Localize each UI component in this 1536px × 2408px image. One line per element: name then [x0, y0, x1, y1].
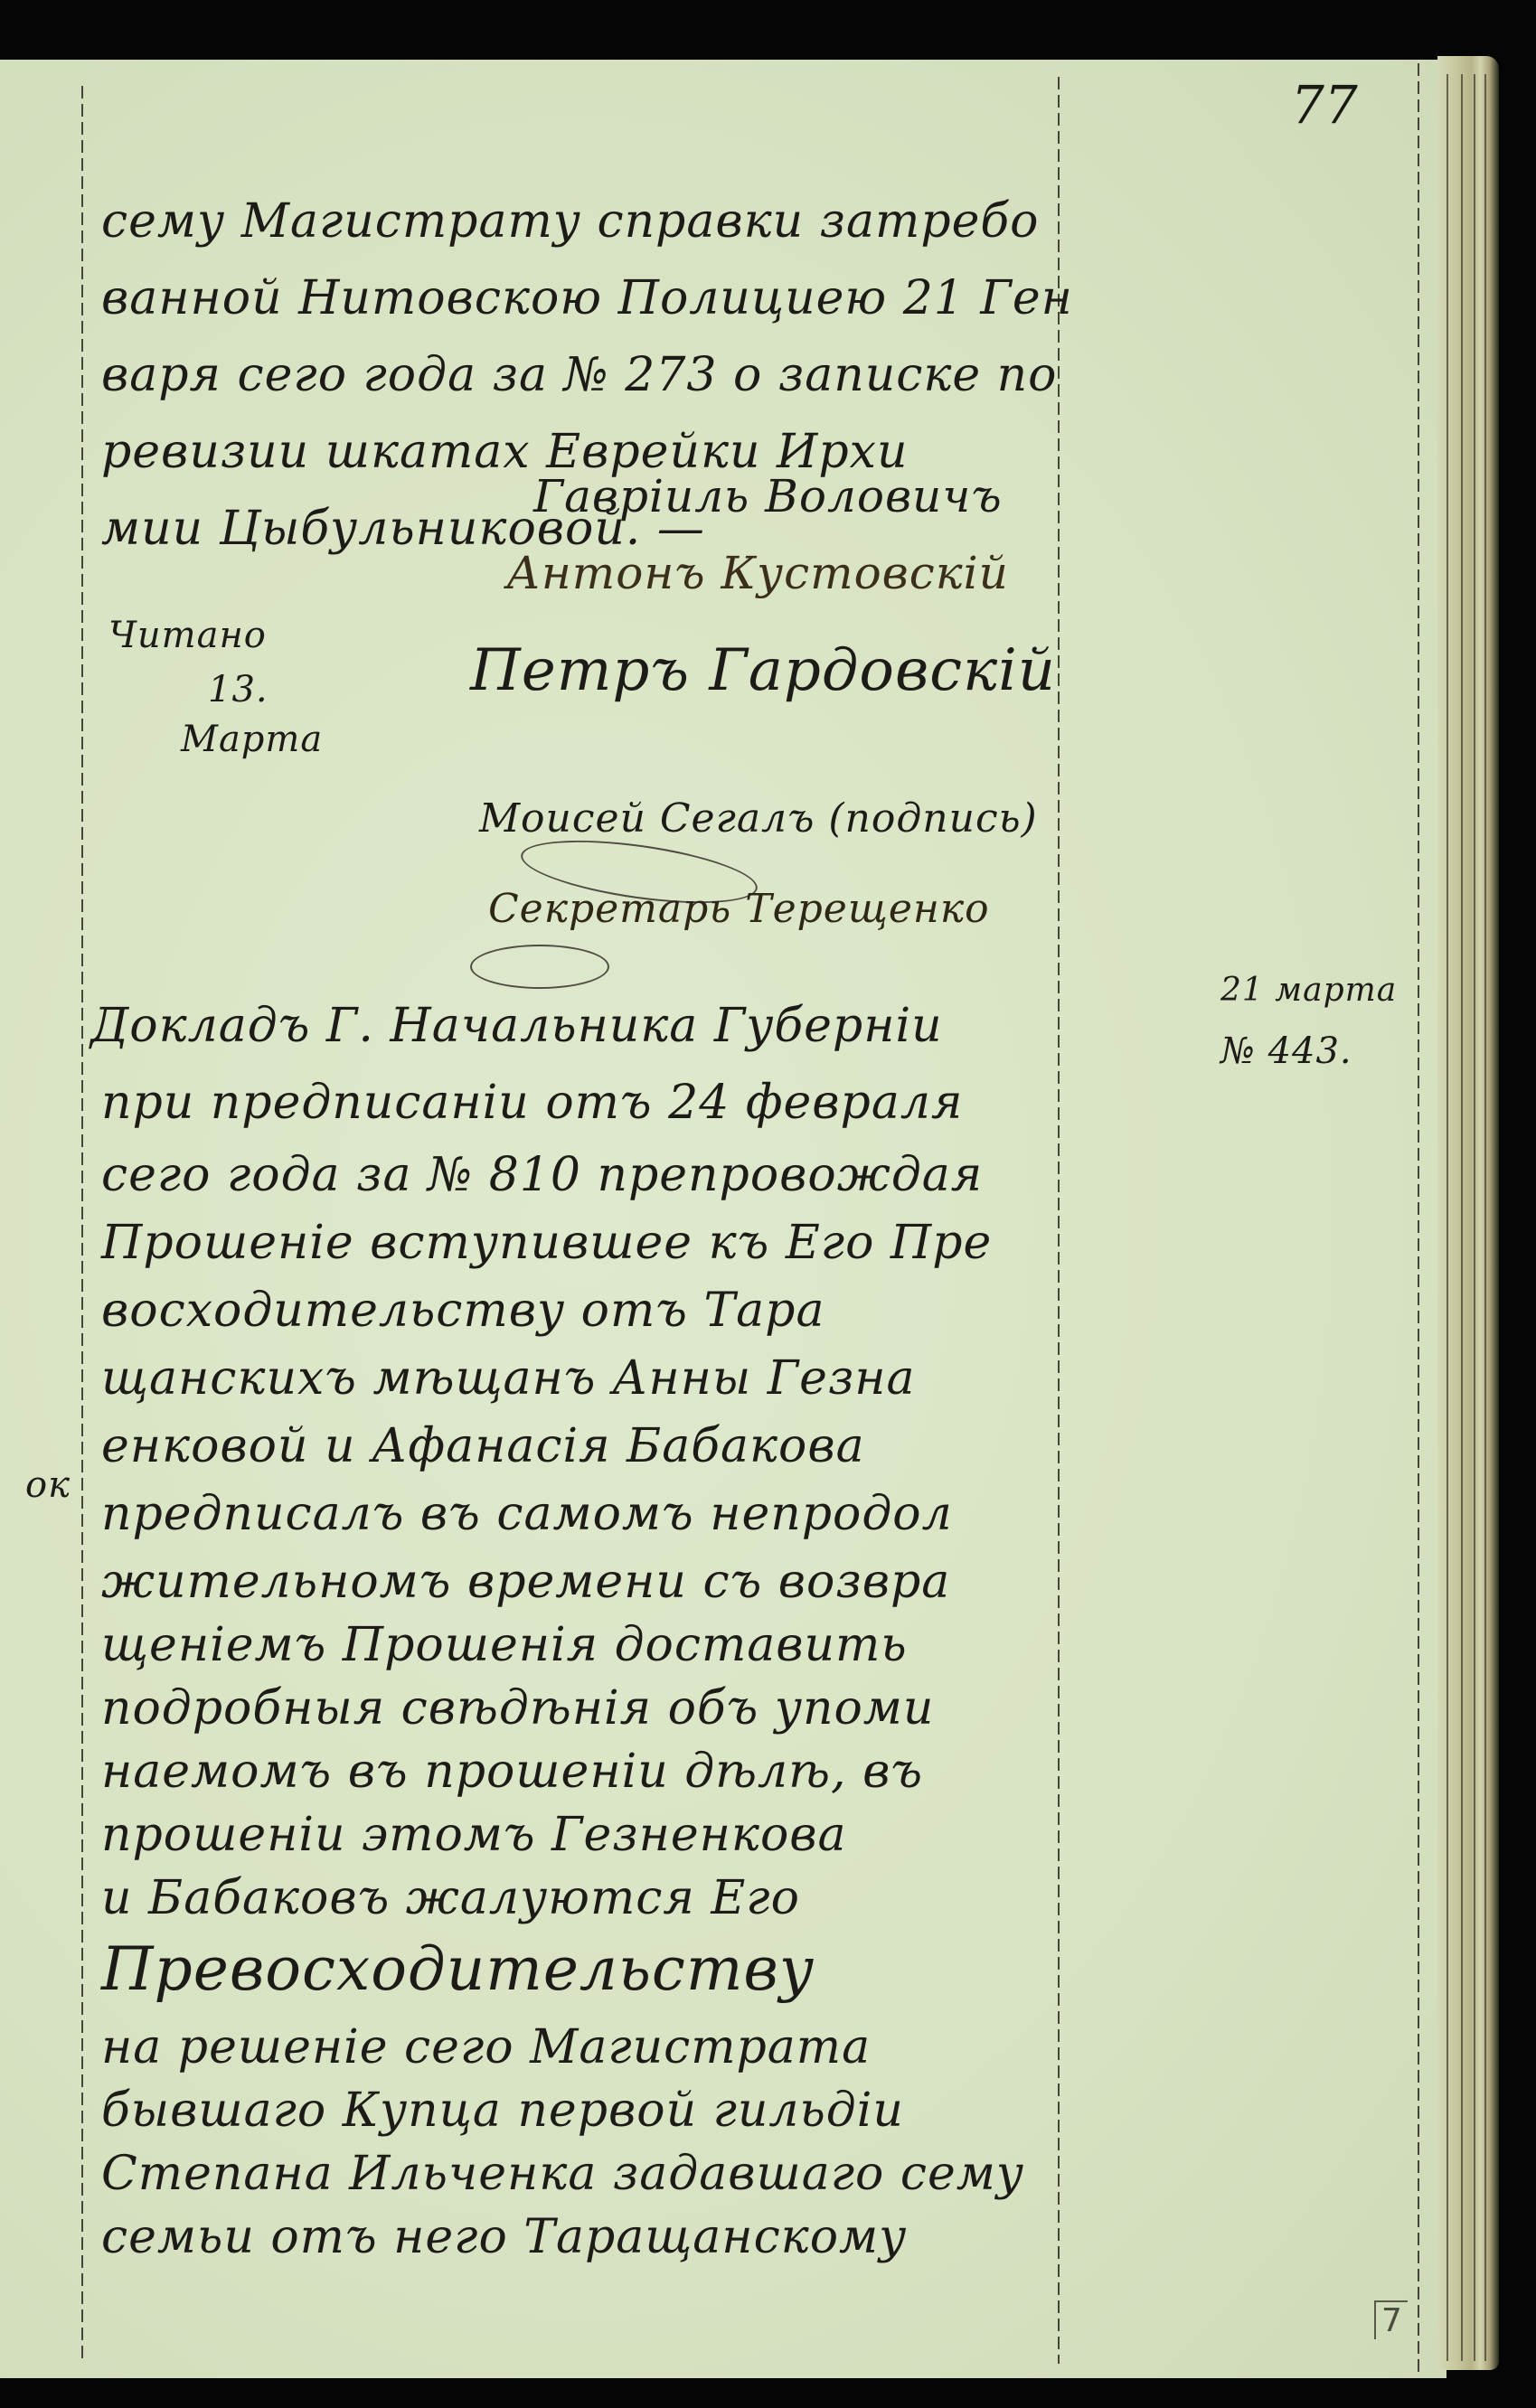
corner-mark: 7 — [1374, 2300, 1408, 2339]
left-margin-rule — [81, 86, 83, 2364]
page-stack-edge — [1437, 56, 1499, 2370]
margin-number: № 443. — [1220, 1030, 1352, 1072]
text-line: щенiемъ Прошенiя доставить — [101, 1618, 908, 1672]
margin-note-month: Марта — [181, 719, 323, 760]
text-line: жительномъ времени съ возвра — [101, 1555, 950, 1609]
text-line: Докладъ Г. Начальника Губернiи — [90, 999, 943, 1053]
signature-flourish — [470, 945, 609, 989]
text-line: щанскихъ мѣщанъ Анны Гезна — [101, 1351, 916, 1406]
page-number: 77 — [1291, 74, 1358, 136]
text-line: на решенiе сего Магистрата — [101, 2020, 871, 2074]
center-column-rule — [1058, 77, 1060, 2364]
side-mark: ок — [25, 1464, 71, 1506]
text-line: восходительству отъ Тара — [101, 1284, 825, 1338]
margin-note-day: 13. — [208, 669, 269, 710]
text-line: Прошенiе вступившее къ Его Пре — [101, 1216, 992, 1270]
text-line: сему Магистрату справки затребо — [101, 194, 1039, 249]
text-line: прошенiи этомъ Гезненкова — [101, 1808, 847, 1862]
text-line: подробныя свѣдѣнiя объ упоми — [101, 1681, 934, 1735]
text-line: при предписанiи отъ 24 февраля — [101, 1076, 963, 1130]
right-margin-rule — [1418, 63, 1419, 2377]
text-line: сего года за № 810 препровождая — [101, 1148, 983, 1202]
margin-date: 21 марта — [1220, 972, 1397, 1009]
text-line: и Бабаковъ жалуются Его — [101, 1871, 800, 1925]
signature-2: Антонъ Кустовскiй — [506, 547, 1009, 599]
text-line: семьи отъ него Таращанскому — [101, 2210, 907, 2264]
text-line: Превосходительству — [101, 1934, 815, 2004]
text-line: енковой и Афанасiя Бабакова — [101, 1419, 865, 1473]
signature-4: Моисей Сегалъ (подпись) — [479, 795, 1038, 842]
text-line: ванной Нитовскою Полициею 21 Ген — [101, 271, 1073, 325]
signature-3: Петръ Гардовскiй — [470, 637, 1056, 704]
text-line: варя сего года за № 273 о записке по — [101, 348, 1057, 402]
text-line: бывшаго Купца первой гильдiи — [101, 2083, 904, 2138]
text-line: наемомъ въ прошенiи дѣлѣ, въ — [101, 1745, 923, 1799]
text-line: Степана Ильченка задавшаго сему — [101, 2147, 1024, 2201]
text-line: предписалъ въ самомъ непродол — [101, 1487, 953, 1541]
margin-note-read: Читано — [108, 615, 267, 656]
signature-1: Гаврiиль Воловичъ — [533, 470, 1003, 522]
